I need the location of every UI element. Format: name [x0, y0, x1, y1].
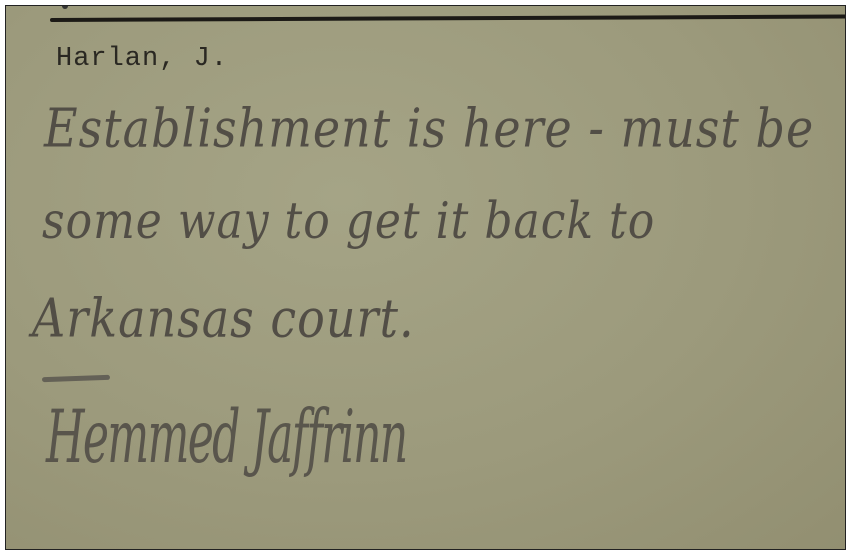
- typed-justice-name: Harlan, J.: [56, 44, 228, 74]
- handwritten-separator: [42, 375, 110, 382]
- card-hole-mark: [62, 6, 68, 9]
- archival-card: Harlan, J. Establishment is here - must …: [5, 5, 846, 550]
- header-rule: [50, 15, 846, 22]
- handwritten-line-3: Arkansas court.: [32, 287, 415, 349]
- handwritten-line-2: some way to get it back to: [42, 192, 655, 251]
- signature: Hemmed Jaffrinn: [46, 396, 407, 480]
- handwritten-line-1: Establishment is here - must be: [44, 97, 814, 159]
